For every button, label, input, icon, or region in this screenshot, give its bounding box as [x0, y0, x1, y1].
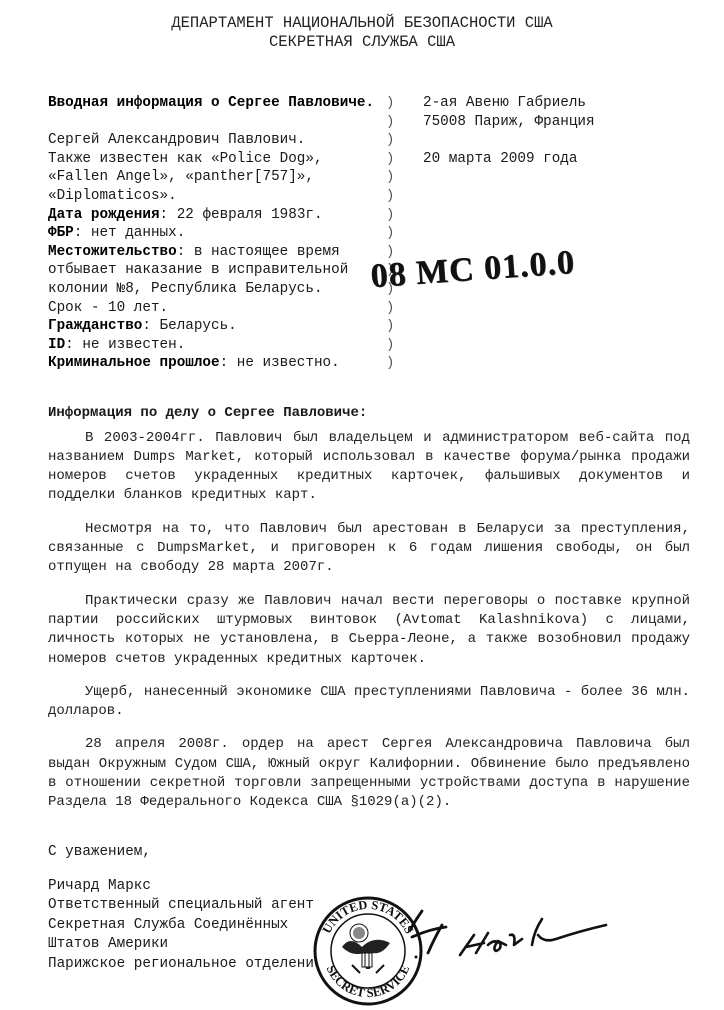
- residence-line: Местожительство: в настоящее время: [48, 243, 378, 262]
- case-paragraph: В 2003-2004гг. Павлович был владельцем и…: [48, 429, 690, 506]
- closing-block: С уважением, Ричард Маркс Ответственный …: [48, 843, 323, 974]
- service-title: СЕКРЕТНАЯ СЛУЖБА США: [0, 33, 724, 51]
- eagle-seal-icon: UNITED STATES SECRET SERVICE: [312, 895, 424, 1007]
- intro-line: «Diplomaticos».: [48, 187, 378, 206]
- case-paragraph: Практически сразу же Павлович начал вест…: [48, 592, 690, 669]
- paren-mark: ): [386, 94, 394, 113]
- paren-mark: ): [386, 113, 394, 132]
- regards: С уважением,: [48, 843, 323, 863]
- citizenship-line: Гражданство: Беларусь.: [48, 317, 378, 336]
- address-street: 2-ая Авеню Габриель: [423, 94, 595, 113]
- paren-mark: ): [386, 354, 394, 373]
- intro-line: Сергей Александрович Павлович.: [48, 131, 378, 150]
- fbi-line: ФБР: нет данных.: [48, 224, 378, 243]
- address-city: 75008 Париж, Франция: [423, 113, 595, 132]
- id-line: ID: не известен.: [48, 336, 378, 355]
- signer-name: Ричард Маркс: [48, 877, 323, 897]
- blank-line: [423, 131, 595, 150]
- paren-mark: ): [386, 187, 394, 206]
- paren-mark: ): [386, 317, 394, 336]
- paren-mark: ): [386, 150, 394, 169]
- intro-line: Также известен как «Police Dog»,: [48, 150, 378, 169]
- paren-mark: ): [386, 299, 394, 318]
- signer-org: Секретная Служба Соединённых: [48, 916, 323, 936]
- paren-mark: ): [386, 224, 394, 243]
- case-title: Информация по делу о Сергее Павловиче:: [48, 404, 690, 423]
- intro-heading: Вводная информация о Сергее Павловиче.: [48, 94, 378, 113]
- signer-office: Парижское региональное отделение: [48, 955, 323, 975]
- document-stamp: 08 MC 01.0.0: [369, 244, 576, 296]
- case-paragraph: 28 апреля 2008г. ордер на арест Сергея А…: [48, 735, 690, 812]
- paren-mark: ): [386, 206, 394, 225]
- paren-mark: ): [386, 168, 394, 187]
- case-paragraph: Ущерб, нанесенный экономике США преступл…: [48, 683, 690, 722]
- intro-line: Срок - 10 лет.: [48, 299, 378, 318]
- paren-mark: ): [386, 131, 394, 150]
- intro-line: «Fallen Angel», «panther[757]»,: [48, 168, 378, 187]
- intro-section: Вводная информация о Сергее Павловиче. С…: [48, 94, 378, 373]
- case-paragraph: Несмотря на то, что Павлович был арестов…: [48, 520, 690, 578]
- handwritten-signature-icon: [410, 905, 610, 965]
- address-block: 2-ая Авеню Габриель 75008 Париж, Франция…: [423, 94, 595, 168]
- case-section: Информация по делу о Сергее Павловиче: В…: [48, 404, 690, 827]
- intro-line: отбывает наказание в исправительной: [48, 261, 378, 280]
- birth-date-line: Дата рождения: 22 февраля 1983г.: [48, 206, 378, 225]
- department-title: ДЕПАРТАМЕНТ НАЦИОНАЛЬНОЙ БЕЗОПАСНОСТИ СШ…: [0, 14, 724, 32]
- signer-org: Штатов Америки: [48, 935, 323, 955]
- criminal-record-line: Криминальное прошлое: не известно.: [48, 354, 378, 373]
- intro-line: колонии №8, Республика Беларусь.: [48, 280, 378, 299]
- signer-title: Ответственный специальный агент: [48, 896, 323, 916]
- letter-date: 20 марта 2009 года: [423, 150, 595, 169]
- paren-mark: ): [386, 336, 394, 355]
- blank-line: [48, 113, 378, 132]
- paren-divider: ))))))))))))))): [386, 94, 394, 373]
